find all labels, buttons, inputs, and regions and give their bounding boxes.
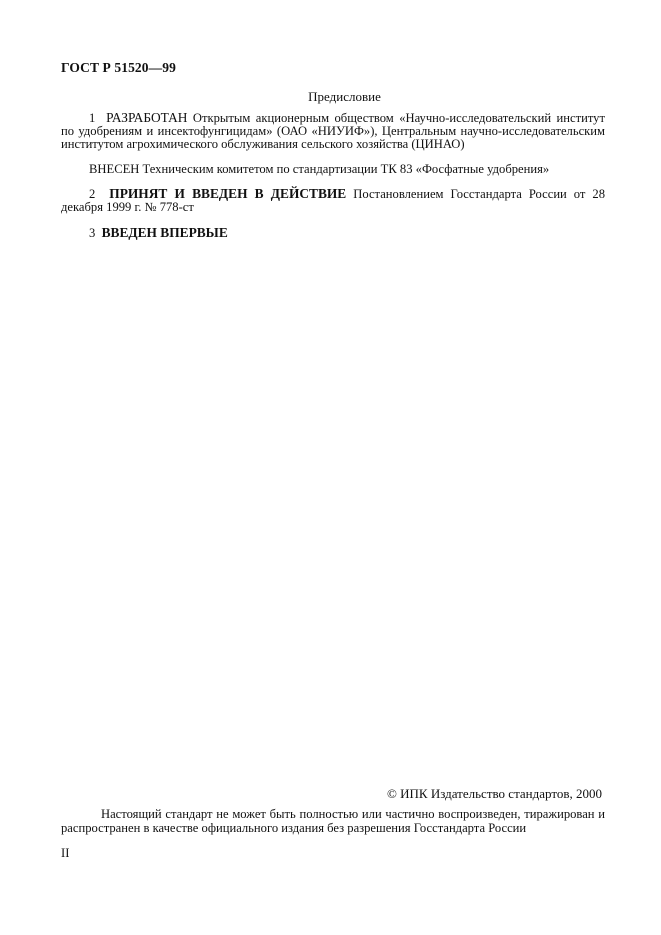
paragraph-adopted: 2 ПРИНЯТ И ВВЕДЕН В ДЕЙСТВИЕ Постановлен… bbox=[61, 187, 605, 214]
paragraph-lead: ВВЕДЕН ВПЕРВЫЕ bbox=[102, 225, 228, 240]
paragraph-number: 3 bbox=[89, 226, 95, 240]
paragraph-lead: ПРИНЯТ И ВВЕДЕН В ДЕЙСТВИЕ bbox=[109, 186, 346, 201]
document-code: ГОСТ Р 51520—99 bbox=[61, 60, 176, 76]
paragraph-first-introduced: 3 ВВЕДЕН ВПЕРВЫЕ bbox=[61, 226, 605, 240]
page-number: II bbox=[61, 846, 69, 861]
notice-text: Настоящий стандарт не может быть полност… bbox=[61, 807, 605, 835]
paragraph-number: 1 bbox=[89, 111, 95, 125]
paragraph-number: 2 bbox=[89, 187, 95, 201]
reproduction-notice: Настоящий стандарт не может быть полност… bbox=[61, 808, 605, 835]
section-title: Предисловие bbox=[0, 89, 661, 105]
paragraph-lead: РАЗРАБОТАН bbox=[106, 110, 187, 125]
paragraph-developed: 1 РАЗРАБОТАН Открытым акционерным общест… bbox=[61, 111, 605, 152]
copyright: © ИПК Издательство стандартов, 2000 bbox=[387, 786, 602, 802]
paragraph-lead: ВНЕСЕН bbox=[89, 162, 139, 176]
paragraph-text: Техническим комитетом по стандартизации … bbox=[143, 162, 550, 176]
paragraph-introduced: ВНЕСЕН Техническим комитетом по стандарт… bbox=[61, 163, 605, 176]
